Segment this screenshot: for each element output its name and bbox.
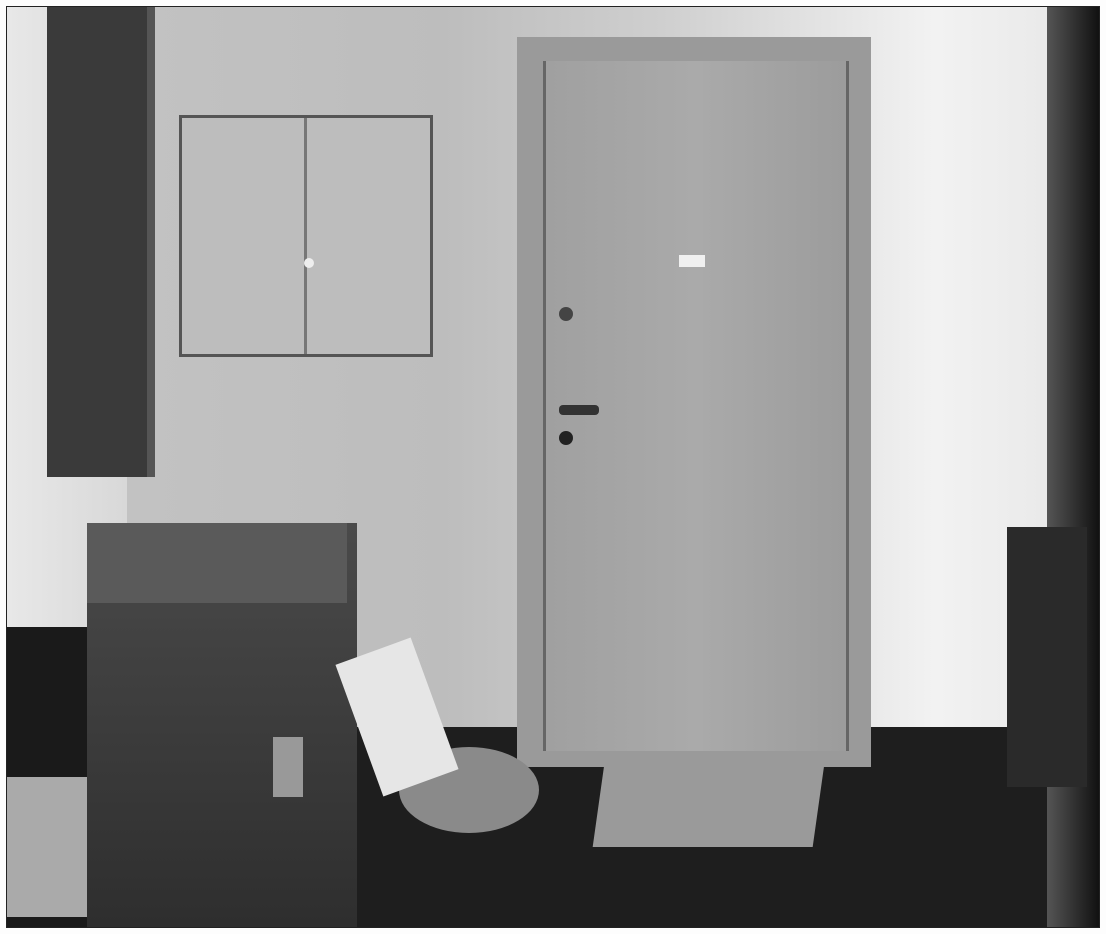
door-tag — [679, 255, 705, 267]
door-lock-upper — [559, 307, 573, 321]
bin-top — [87, 523, 347, 603]
wall-cabinet — [179, 115, 433, 357]
photo-frame — [0, 0, 1106, 934]
bin-label — [273, 737, 303, 797]
doormat — [593, 757, 826, 847]
cabinet-split — [304, 118, 307, 354]
cabinet-knob — [304, 258, 314, 268]
right-wall-edge — [1047, 7, 1099, 927]
right-furniture — [1007, 527, 1087, 787]
hallway-photo — [6, 6, 1100, 928]
door-handle — [559, 405, 599, 415]
left-window-frame — [47, 7, 155, 477]
door-lock-lower — [559, 431, 573, 445]
